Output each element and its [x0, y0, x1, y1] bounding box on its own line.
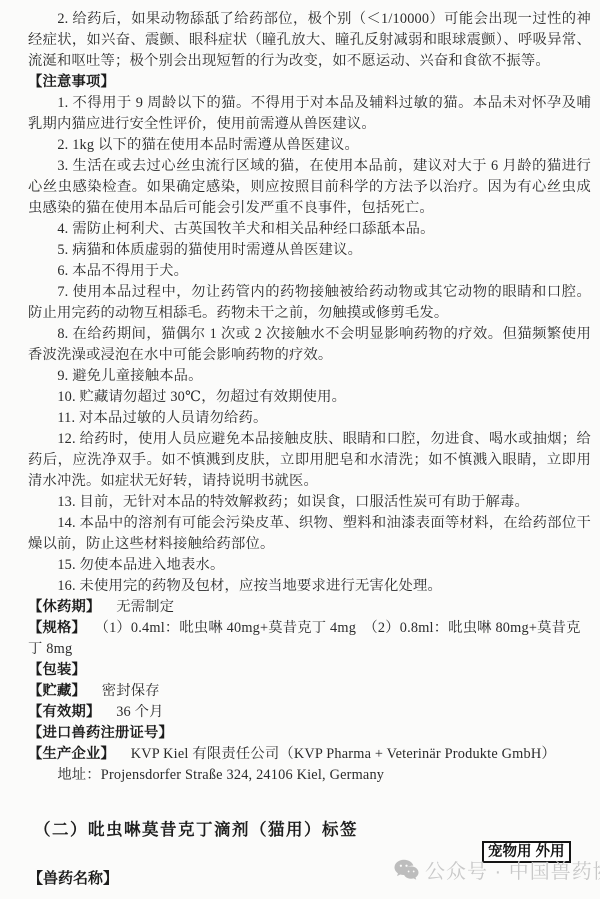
doc-paragraph: 6. 本品不得用于犬。: [28, 261, 591, 282]
doc-paragraph: 4. 需防止柯利犬、古英国牧羊犬和相关品种经口舔舐本品。: [28, 219, 591, 240]
watermark: 公众号 · 中国兽药协会: [393, 855, 600, 884]
doc-section-row: 【注意事项】: [28, 72, 591, 93]
section-label: 【休药期】: [28, 599, 100, 615]
section-label: 【贮藏】: [28, 683, 86, 699]
section-label: 【注意事项】: [28, 74, 115, 90]
doc-paragraph: 14. 本品中的溶剂有可能会污染皮革、织物、塑料和油漆表面等材料，在给药部位干燥…: [28, 513, 591, 555]
section-value: 无需制定: [116, 599, 174, 615]
section-value: 36 个月: [116, 704, 163, 720]
doc-paragraph: 12. 给药时，使用人员应避免本品接触皮肤、眼睛和口腔，勿进食、喝水或抽烟；给药…: [28, 429, 591, 492]
doc-section-row: 【包装】: [28, 660, 591, 681]
section-label: 【生产企业】: [28, 746, 115, 762]
doc-paragraph: 8. 在给药期间，猫偶尔 1 次或 2 次接触水不会明显影响药物的疗效。但猫频繁…: [28, 324, 591, 366]
section-value: KVP Kiel 有限责任公司（KVP Pharma + Veterinär P…: [131, 746, 556, 762]
section-value: 密封保存: [102, 683, 160, 699]
doc-section-row: 【有效期】36 个月: [28, 702, 591, 723]
doc-paragraph: 7. 使用本品过程中，勿让药管内的药物接触被给药动物或其它动物的眼睛和口腔。防止…: [28, 282, 591, 324]
section-label: 【有效期】: [28, 704, 100, 720]
doc-section-row: 【生产企业】KVP Kiel 有限责任公司（KVP Pharma + Veter…: [28, 744, 591, 765]
label-section-heading: （二）吡虫啉莫昔克丁滴剂（猫用）标签: [34, 819, 591, 841]
manufacturer-address: 地址：Projensdorfer Straße 324, 24106 Kiel,…: [28, 765, 591, 786]
section-label: 【包装】: [28, 662, 86, 678]
doc-paragraph: 13. 目前，无针对本品的特效解救药；如误食，口服活性炭可有助于解毒。: [28, 492, 591, 513]
document-body: 2. 给药后，如果动物舔舐了给药部位，极个别（＜1/10000）可能会出现一过性…: [28, 9, 591, 786]
doc-paragraph: 11. 对本品过敏的人员请勿给药。: [28, 408, 591, 429]
watermark-text: 公众号 · 中国兽药协会: [425, 855, 600, 884]
section-value: （1）0.4ml：吡虫啉 40mg+莫昔克丁 4mg （2）0.8ml：吡虫啉 …: [28, 620, 581, 657]
doc-section-row: 【进口兽药注册证号】: [28, 723, 591, 744]
document-page: 2. 给药后，如果动物舔舐了给药部位，极个别（＜1/10000）可能会出现一过性…: [0, 0, 600, 899]
doc-paragraph: 15. 勿使本品进入地表水。: [28, 555, 591, 576]
doc-paragraph: 3. 生活在或去过心丝虫流行区域的猫，在使用本品前，建议对大于 6 月龄的猫进行…: [28, 156, 591, 219]
doc-section-row: 【贮藏】密封保存: [28, 681, 591, 702]
doc-paragraph: 9. 避免儿童接触本品。: [28, 366, 591, 387]
doc-paragraph: 5. 病猫和体质虚弱的猫使用时需遵从兽医建议。: [28, 240, 591, 261]
section-label: 【进口兽药注册证号】: [28, 725, 173, 741]
doc-paragraph: 10. 贮藏请勿超过 30℃，勿超过有效期使用。: [28, 387, 591, 408]
doc-section-row: 【休药期】无需制定: [28, 597, 591, 618]
section-label: 【规格】: [28, 620, 86, 636]
doc-paragraph: 2. 1kg 以下的猫在使用本品时需遵从兽医建议。: [28, 135, 591, 156]
doc-paragraph: 2. 给药后，如果动物舔舐了给药部位，极个别（＜1/10000）可能会出现一过性…: [28, 9, 591, 72]
doc-paragraph: 1. 不得用于 9 周龄以下的猫。不得用于对本品及辅料过敏的猫。本品未对怀孕及哺…: [28, 93, 591, 135]
doc-paragraph: 16. 未使用完的药物及包材，应按当地要求进行无害化处理。: [28, 576, 591, 597]
doc-section-row: 【规格】（1）0.4ml：吡虫啉 40mg+莫昔克丁 4mg （2）0.8ml：…: [28, 618, 591, 660]
wechat-icon: [393, 856, 420, 883]
